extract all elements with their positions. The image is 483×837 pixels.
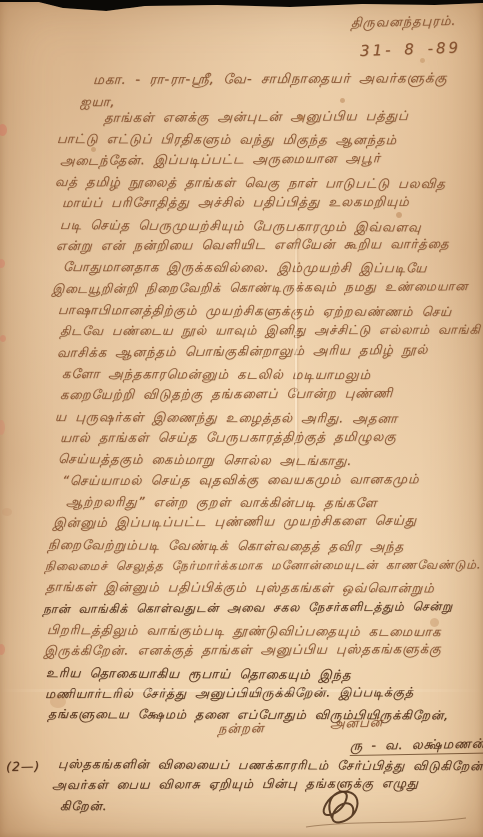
signature-flourish [298,780,470,832]
postscript-line: புஸ்தகங்களின் விலையைப் பணக்காரரிடம் சேர்… [58,758,483,773]
handwritten-line: ஆற்றலரிது” என்ற குறள் வாக்கின்படி தங்களே [66,496,378,510]
handwritten-line: நான் வாங்கிக் கொள்வதுடன் அவை சகல நேசர்கள… [43,600,454,615]
closing-word-left: நன்றன் [218,722,265,736]
handwritten-line: இருக்கிறேன். எனக்குத் தாங்கள் அனுப்பிய ப… [44,643,442,658]
paper-stain [340,98,345,103]
paper-stain [91,147,96,152]
aged-paper-background: திருவனந்தபுரம். 31- 8 -89 மகா. - ரா-ரா-ஸ… [0,0,483,837]
handwritten-line: இடையூறின்றி நிறைவேறிக் கொண்டிருக்கவும் ந… [52,280,469,295]
handwritten-line: உரிய தொகையாகிய ரூபாய் தொகையும் இந்த [46,667,352,682]
paper-stain [2,508,12,516]
handwritten-line: போதுமானதாக இருக்கவில்லை. இம்முயற்சி இப்ப… [63,261,428,275]
handwritten-line: அடைந்தேன். இப்படிப்பட்ட அருமையான அபூர் [60,152,381,168]
handwritten-line: தங்களுடைய க்ஷேமம் தனை எப்போதும் விரும்பி… [48,708,450,722]
paper-stain [0,335,6,342]
handwritten-line: பாட்டு எட்டுப் பிரதிகளும் வந்து மிகுந்த … [57,133,398,147]
handwritten-line: என்று என் நன்றியை வெளியிட எளியேன் கூறிய … [56,238,450,253]
paper-stain [0,124,7,136]
handwritten-line: நிலைமைச் செலுத்த நேர்மார்க்கமாக மனோன்மைய… [45,558,482,572]
paper-stain [0,259,5,268]
date-line: 31- 8 -89 [360,40,462,59]
postscript-marker: (2—) [6,760,40,773]
paper-stain [396,212,402,218]
handwritten-line: பாஷாபிமானத்திற்கும் முயற்சிகளுக்கும் ஏற்… [58,304,453,319]
handwritten-line: களோ அந்தகாரமென்னும் கடலில் மடியாமலும் [62,368,372,382]
handwritten-line: படி செய்த பெருமுயற்சியும் பேருபகாரமும் இ… [60,219,422,235]
handwritten-line: இன்னும் இப்படிப்பட்ட புண்ணிய முயற்சிகளை … [53,514,418,530]
handwritten-line: மணியார்டரில் சேர்த்து அனுப்பியிருக்கிறேன… [45,686,415,700]
handwritten-line: யால் தாங்கள் செய்த பேருபகாரத்திற்குத் தம… [60,431,397,445]
paper-stain [420,58,425,63]
handwritten-line: பிறரிடத்திலும் வாங்கும்படி தூண்டுவிப்பதை… [47,624,442,639]
scanned-letter-page: { "letter": { "place": "திருவனந்தபுரம்."… [0,0,483,837]
vocative-line: ஐயா, [80,96,116,109]
handwritten-line: கறையேற்றி விடுதற்கு தங்களைப் போன்ற புண்ண… [60,387,394,402]
postscript-line: கிறேன். [60,800,108,813]
salutation-line: மகா. - ரா-ரா-ஸ்ரீ, வே- சாமிநாதையர் அவர்க… [93,72,448,87]
handwritten-line: நிறைவேற்றும்படி வேண்டிக் கொள்வதைத் தவிர … [48,539,405,554]
handwritten-line: மாய்ப் பரிசோதித்து அச்சில் பதிப்பித்து உ… [62,196,410,210]
place-line: திருவனந்தபுரம். [351,15,457,30]
handwritten-line: செய்யத்தகும் கைம்மாறு சொல்ல அடங்காது. [58,453,353,468]
handwritten-line: தாங்கள் இன்னும் பதிப்பிக்கும் புஸ்தகங்கள… [46,581,435,595]
handwritten-line: தாங்கள் எனக்கு அன்புடன் அனுப்பிய பத்துப் [104,110,409,125]
paper-stain [0,420,5,435]
handwritten-line: வத் தமிழ் நூலைத் தாங்கள் வெகு நாள் பாடுப… [55,176,447,191]
handwritten-line: ய புருஷர்கள் இணைந்து உழைத்தல் அரிது. அதன… [55,411,399,426]
closing-word-right: அன்பன் [330,716,384,731]
signature-text: ரு - வ. லக்ஷ்மணன் [350,738,483,756]
handwritten-line: திடவே பண்டைய நூல் யாவும் இனிது அச்சிட்டு… [60,324,481,338]
handwritten-line: வாசிக்க ஆனந்தம் பொங்குகின்றாலும் அரிய தம… [57,344,429,360]
paper-stain [0,644,5,655]
handwritten-line: “செய்யாமல் செய்த வுதவிக்கு வையகமும் வானக… [62,473,420,488]
